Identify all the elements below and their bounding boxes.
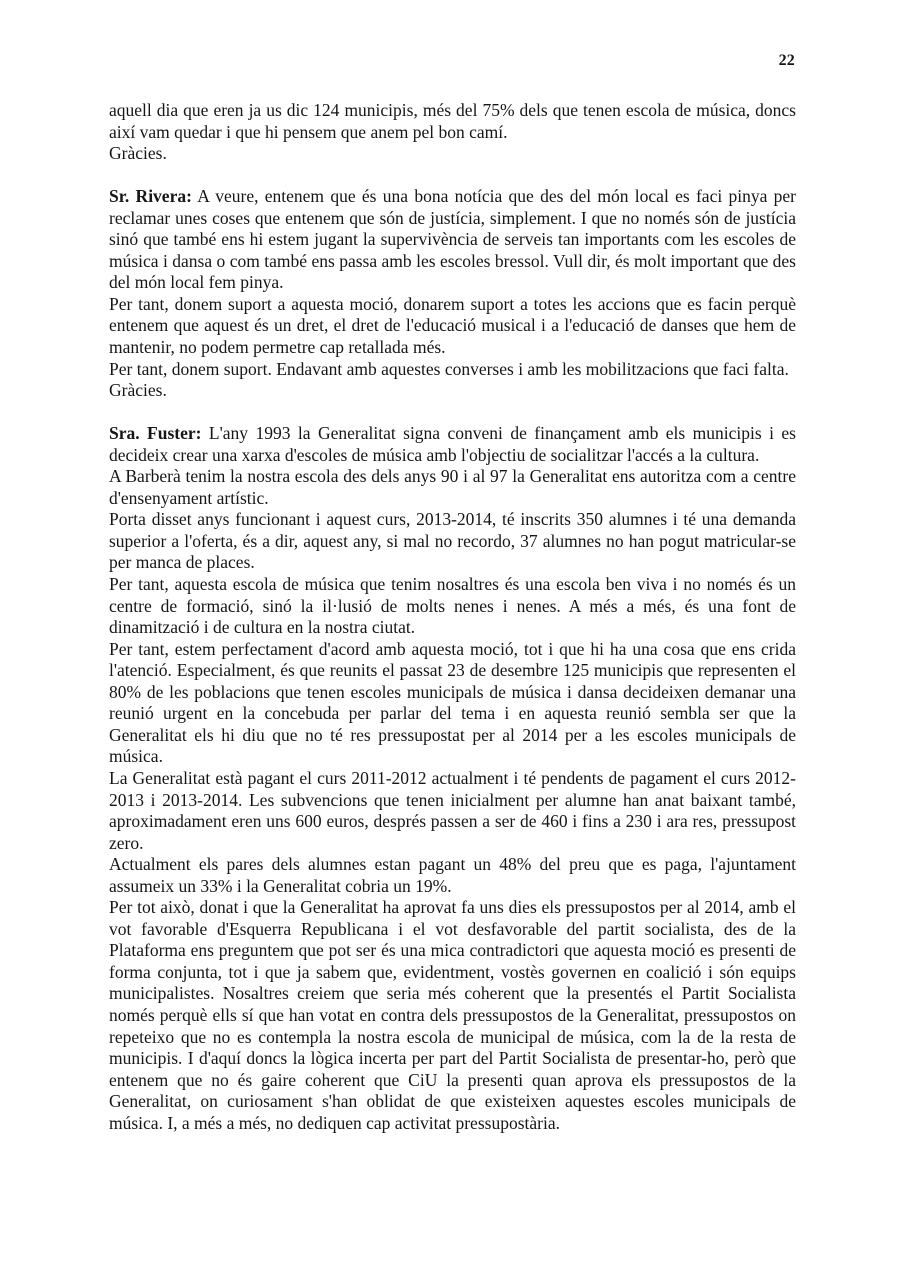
paragraph: Per tant, aquesta escola de música que t…	[109, 574, 796, 639]
paragraph: Per tant, donem suport a aquesta moció, …	[109, 294, 796, 359]
paragraph: Porta disset anys funcionant i aquest cu…	[109, 509, 796, 574]
paragraph: Per tant, donem suport. Endavant amb aqu…	[109, 359, 796, 381]
paragraph: Gràcies.	[109, 143, 796, 165]
speaker-name: Sr. Rivera:	[109, 186, 192, 206]
paragraph: Per tot això, donat i que la Generalitat…	[109, 897, 796, 1134]
document-body: aquell dia que eren ja us dic 124 munici…	[109, 100, 796, 1134]
paragraph: Sra. Fuster: L'any 1993 la Generalitat s…	[109, 423, 796, 466]
paragraph: Sr. Rivera: A veure, entenem que és una …	[109, 186, 796, 294]
page-number: 22	[779, 52, 795, 70]
paragraph: La Generalitat està pagant el curs 2011-…	[109, 768, 796, 854]
paragraph: Actualment els pares dels alumnes estan …	[109, 854, 796, 897]
paragraph-gap	[109, 165, 796, 187]
document-page: 22 aquell dia que eren ja us dic 124 mun…	[0, 0, 905, 1280]
paragraph: Per tant, estem perfectament d'acord amb…	[109, 639, 796, 768]
paragraph-gap	[109, 402, 796, 424]
speaker-name: Sra. Fuster:	[109, 423, 201, 443]
paragraph: Gràcies.	[109, 380, 796, 402]
paragraph: aquell dia que eren ja us dic 124 munici…	[109, 100, 796, 143]
paragraph: A Barberà tenim la nostra escola des del…	[109, 466, 796, 509]
